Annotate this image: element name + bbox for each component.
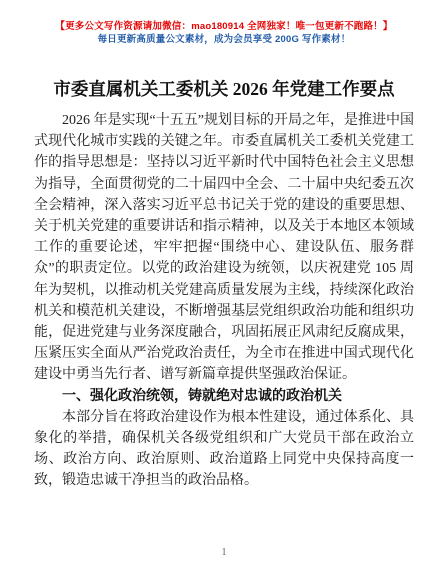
document-title: 市委直属机关工委机关 2026 年党建工作要点 <box>0 77 448 101</box>
page-number: 1 <box>0 547 448 558</box>
section-heading-1: 一、强化政治统领，铸就绝对忠诚的政治机关 <box>34 386 414 407</box>
promo-banner-line1: 【更多公文写作资源请加微信：mao180914 全网独家！唯一包更新不跑路！】 <box>0 21 448 33</box>
paragraph-intro: 2026 年是实现“十五五”规划目标的开局之年，是推进中国式现代化城市实践的关键… <box>34 110 414 386</box>
document-body: 2026 年是实现“十五五”规划目标的开局之年，是推进中国式现代化城市实践的关键… <box>34 110 414 492</box>
document-page: 【更多公文写作资源请加微信：mao180914 全网独家！唯一包更新不跑路！】 … <box>0 0 448 580</box>
promo-banner: 【更多公文写作资源请加微信：mao180914 全网独家！唯一包更新不跑路！】 … <box>0 0 448 46</box>
paragraph-section-1: 本部分旨在将政治建设作为根本性建设，通过体系化、具象化的举措，确保机关各级党组织… <box>34 407 414 492</box>
promo-banner-line2: 每日更新高质量公文素材，成为会员享受 200G 写作素材！ <box>0 34 448 46</box>
